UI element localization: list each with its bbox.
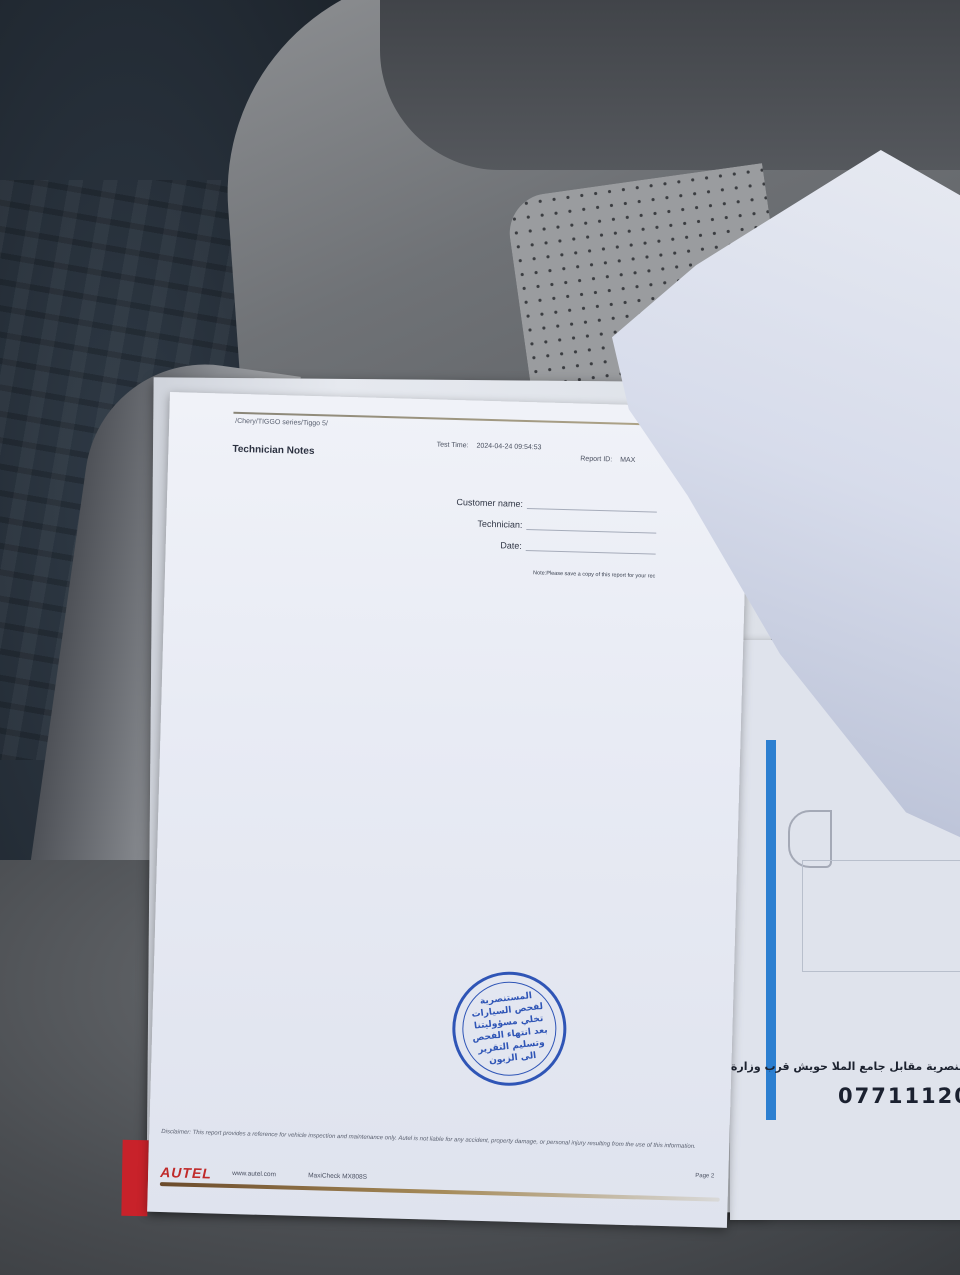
shop-phone: 077111208 <box>838 1084 960 1108</box>
test-time: Test Time:2024-04-24 09:54:53 <box>437 441 542 451</box>
website-link: www.autel.com <box>232 1170 276 1178</box>
vehicle-breadcrumb: /Chery/TIGGO series/Tiggo 5/ <box>235 418 328 428</box>
device-model: MaxiCheck MX808S <box>308 1172 367 1181</box>
car-seat-headrest-area <box>380 0 960 170</box>
report-id: Report ID: MAX <box>580 455 635 464</box>
date-label: Date: <box>500 540 522 551</box>
signature-form: Customer name: Technician: Date: <box>435 496 657 565</box>
customer-name-field <box>527 498 657 513</box>
report-id-label: Report ID: <box>580 455 612 463</box>
save-copy-note: Note:Please save a copy of this report f… <box>533 570 655 579</box>
diagram-frame <box>802 860 960 972</box>
test-time-label: Test Time: <box>437 441 469 449</box>
customer-name-row: Customer name: <box>437 496 657 513</box>
autel-logo: AUTEL <box>160 1164 212 1181</box>
folder-red-tab <box>121 1140 148 1216</box>
technician-field <box>526 519 656 534</box>
date-field <box>526 540 656 555</box>
customer-name-label: Customer name: <box>456 497 523 509</box>
date-row: Date: <box>436 537 656 554</box>
footer-rule <box>160 1182 720 1202</box>
stamp-text: المستنصرية لفحص السيارات تخلي مسؤوليتنا … <box>468 989 552 1069</box>
disclaimer: Disclaimer: This report provides a refer… <box>161 1128 721 1152</box>
technician-label: Technician: <box>477 519 522 530</box>
report-page: /Chery/TIGGO series/Tiggo 5/ Test Time:2… <box>147 392 750 1228</box>
technician-row: Technician: <box>436 516 656 533</box>
report-id-value: MAX <box>620 457 635 464</box>
test-time-value: 2024-04-24 09:54:53 <box>476 443 541 452</box>
page-footer: AUTEL www.autel.com MaxiCheck MX808S Pag… <box>160 1156 721 1212</box>
inspection-stamp: المستنصرية لفحص السيارات تخلي مسؤوليتنا … <box>446 966 572 1092</box>
page-title: Technician Notes <box>232 444 314 457</box>
shop-address: المستنصرية مقابل جامع الملا حويش قرب وزا… <box>790 1060 960 1073</box>
page-number: Page 2 <box>695 1173 714 1180</box>
